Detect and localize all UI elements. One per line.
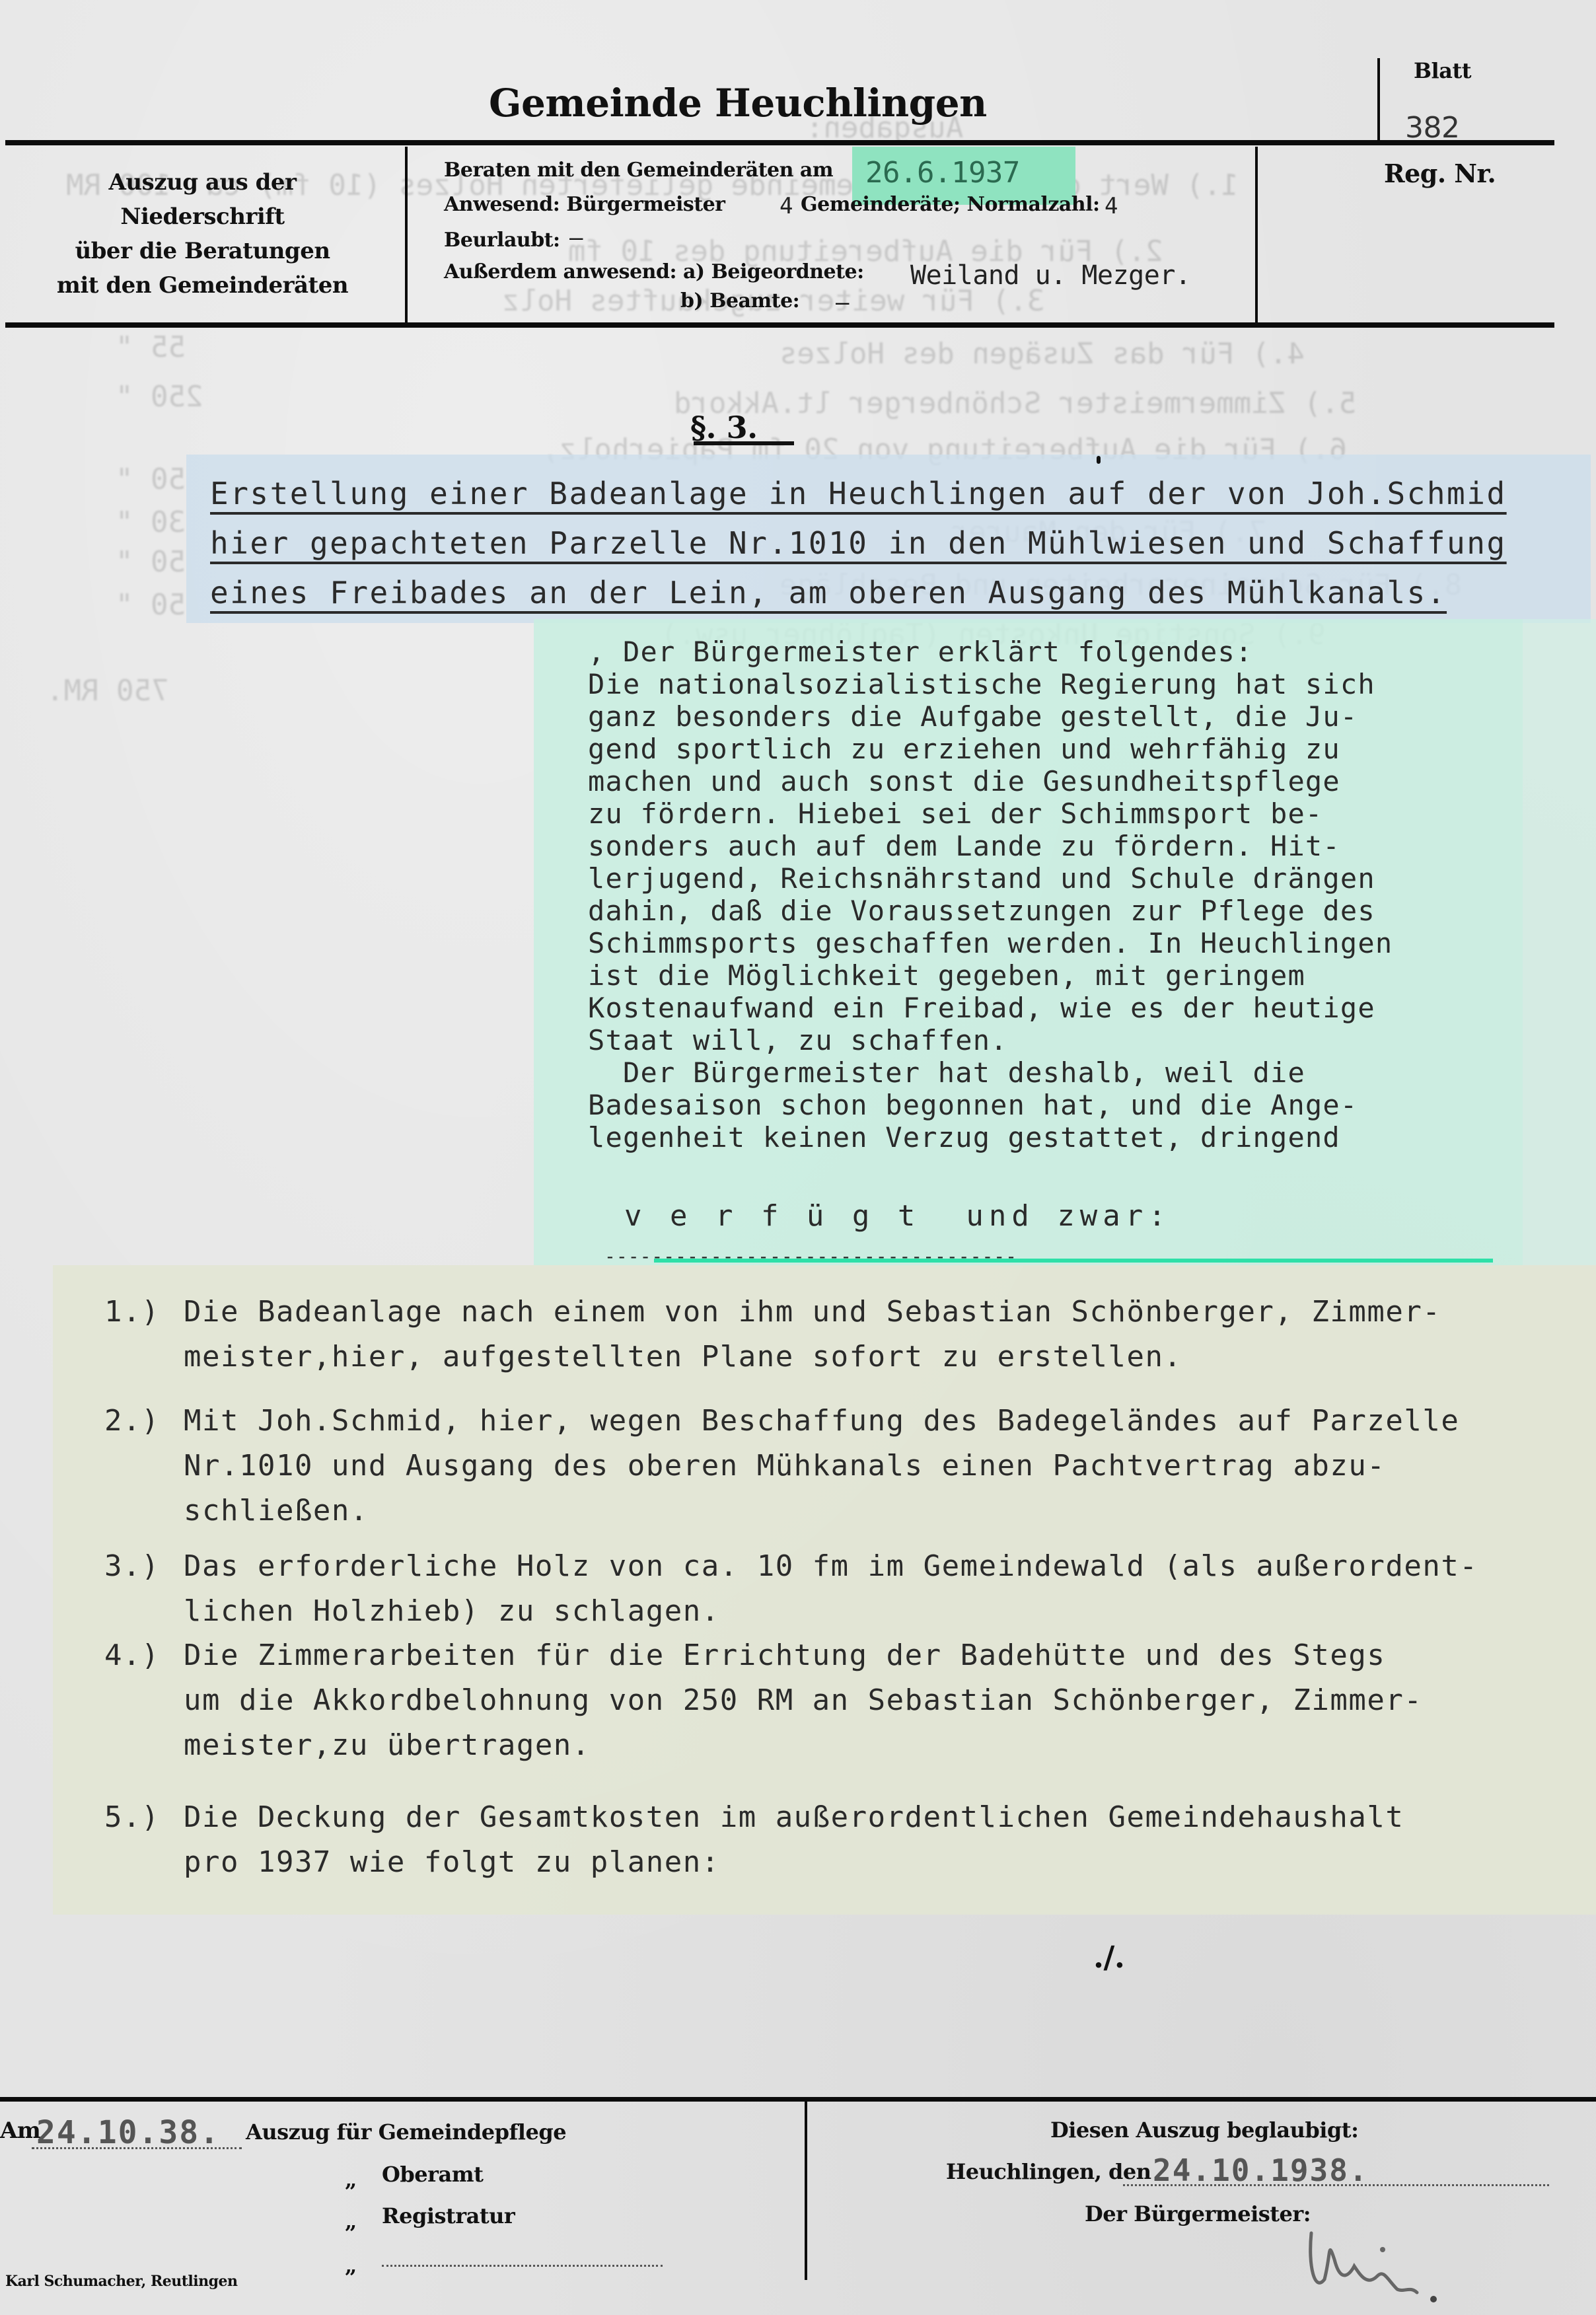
ditto-mark: „ <box>345 2209 357 2234</box>
statement-line: ganz besonders die Aufgabe gestellt, die… <box>588 700 1358 733</box>
meeting-date: 26.6.1937 <box>865 156 1020 190</box>
bleed-through-text: 50 " <box>116 588 186 622</box>
am-label: Am <box>0 2117 40 2144</box>
statement-line: , Der Bürgermeister erklärt folgendes: <box>588 636 1252 668</box>
statement-line: Der Bürgermeister hat deshalb, weil die <box>588 1056 1305 1089</box>
bleed-through-text: 4.) Für das Zusägen des Holzes <box>780 337 1305 371</box>
normalzahl-value: 4 <box>1105 193 1118 219</box>
resolution-number: 2.) <box>104 1404 160 1438</box>
statement-line: legenheit keinen Verzug gestattet, dring… <box>588 1121 1340 1154</box>
beigeordnete-value: Weiland u. Mezger. <box>910 260 1190 291</box>
extract-label-line: über die Beratungen <box>0 234 405 268</box>
resolution-number: 1.) <box>104 1295 160 1329</box>
beamte-label: b) Beamte: <box>680 289 799 312</box>
resolution-number: 4.) <box>104 1638 160 1672</box>
statement-line: lerjugend, Reichsnährstand und Schule dr… <box>588 862 1375 895</box>
section-heading-line: hier gepachteten Parzelle Nr.1010 in den… <box>210 525 1507 561</box>
bleed-through-text: 750 RM. <box>46 674 168 708</box>
header-column-divider <box>405 147 408 322</box>
statement-line: Die nationalsozialistische Regierung hat… <box>588 668 1375 700</box>
paragraph-number: §. 3. <box>690 410 758 445</box>
bleed-through-text: 30 " <box>116 505 186 539</box>
decree-label: v e r f ü g t und zwar: <box>624 1199 1171 1233</box>
bleed-through-text: 5.) Zimmermeister Schönberger lt.Akkord <box>674 386 1356 420</box>
recipient-oberamt: Oberamt <box>382 2162 483 2187</box>
resolution-line: meister,zu übertragen. <box>184 1728 591 1762</box>
gemeinderaete-label: Gemeinderäte; Normalzahl: <box>801 193 1100 216</box>
statement-line: zu fördern. Hiebei sei der Schimmsport b… <box>588 797 1323 830</box>
statement-line: Schimmsports geschaffen werden. In Heuch… <box>588 927 1393 959</box>
paragraph-underline <box>694 441 794 445</box>
resolution-line: Die Badeanlage nach einem von ihm und Se… <box>184 1295 1441 1329</box>
statement-line: dahin, daß die Voraussetzungen zur Pfleg… <box>588 895 1375 927</box>
section-heading-line: eines Freibades an der Lein, am oberen A… <box>210 575 1447 610</box>
certification-date: 24.10.1938. <box>1153 2152 1369 2188</box>
resolution-line: Die Zimmerarbeiten für die Errichtung de… <box>184 1638 1385 1672</box>
signature-icon <box>1305 2213 1503 2312</box>
footer-column-divider <box>805 2102 807 2280</box>
resolution-number: 5.) <box>104 1800 160 1834</box>
ink-mark <box>1097 456 1101 464</box>
ditto-mark: „ <box>345 2253 357 2278</box>
resolution-line: Mit Joh.Schmid, hier, wegen Beschaffung … <box>184 1404 1459 1438</box>
extract-label: Auszug aus der Niederschrift über die Be… <box>0 165 405 303</box>
bleed-through-text: 250 " <box>116 380 203 414</box>
resolution-line: Nr.1010 und Ausgang des oberen Mühkanals… <box>184 1449 1385 1483</box>
bleed-through-text: 50 " <box>116 462 186 496</box>
resolution-line: Das erforderliche Holz von ca. 10 fm im … <box>184 1549 1478 1583</box>
resolution-line: um die Akkordbelohnung von 250 RM an Seb… <box>184 1683 1422 1717</box>
section-heading-line: Erstellung einer Badeanlage in Heuchling… <box>210 476 1507 511</box>
bleed-through-text: 50 " <box>116 545 186 579</box>
header-column-divider <box>1255 147 1258 322</box>
resolution-number: 3.) <box>104 1549 160 1583</box>
blatt-divider <box>1377 58 1380 141</box>
header-bottom-rule <box>5 322 1554 328</box>
header-top-rule <box>5 140 1554 145</box>
ausserdem-label: Außerdem anwesend: a) Beigeordnete: <box>444 260 864 283</box>
statement-line: Staat will, zu schaffen. <box>588 1024 1008 1056</box>
statement-line: ist die Möglichkeit gegeben, mit geringe… <box>588 959 1305 992</box>
statement-line: Kostenaufwand ein Freibad, wie es der he… <box>588 992 1375 1024</box>
blatt-label: Blatt <box>1414 58 1471 83</box>
extract-label-line: Niederschrift <box>0 200 405 234</box>
resolution-line: pro 1937 wie folgt zu planen: <box>184 1845 720 1879</box>
signatory-label: Der Bürgermeister: <box>1085 2201 1311 2226</box>
printer-imprint: Karl Schumacher, Reutlingen <box>5 2273 238 2290</box>
footer-rule <box>0 2097 1596 2102</box>
beurlaubt-label: Beurlaubt: <box>444 229 560 252</box>
recipient-blank-line <box>382 2265 663 2267</box>
council-count: 4 <box>780 193 793 219</box>
beurlaubt-value: – <box>569 225 583 251</box>
statement-line: gend sportlich zu erziehen und wehrfähig… <box>588 733 1340 765</box>
certification-label: Diesen Auszug beglaubigt: <box>1050 2117 1358 2143</box>
resolution-line: schließen. <box>184 1494 369 1527</box>
bleed-through-text: 55 " <box>116 330 186 364</box>
continuation-mark: ./. <box>1093 1939 1124 1975</box>
beamte-value: – <box>836 289 849 316</box>
anwesend-label: Anwesend: Bürgermeister <box>444 193 725 216</box>
statement-line: sonders auch auf dem Lande zu fördern. H… <box>588 830 1340 862</box>
ditto-mark: „ <box>345 2167 357 2192</box>
document-title: Gemeinde Heuchlingen <box>489 81 987 126</box>
statement-highlight-edge <box>1523 619 1596 1265</box>
statement-line: Badesaison schon begonnen hat, und die A… <box>588 1089 1358 1121</box>
resolution-line: meister,hier, aufgestellten Plane sofort… <box>184 1340 1182 1374</box>
extract-label-line: mit den Gemeinderäten <box>0 268 405 303</box>
resolution-line: lichen Holzhieb) zu schlagen. <box>184 1594 720 1628</box>
reg-nr-label: Reg. Nr. <box>1384 159 1496 188</box>
place-label: Heuchlingen, den <box>946 2159 1151 2184</box>
extract-date: 24.10.38. <box>36 2114 220 2151</box>
extract-label-line: Auszug aus der <box>0 165 405 200</box>
resolution-line: Die Deckung der Gesamtkosten im außerord… <box>184 1800 1404 1834</box>
recipient-registratur: Registratur <box>382 2203 515 2228</box>
auszug-label: Auszug für Gemeindepflege <box>246 2119 566 2145</box>
beraten-label: Beraten mit den Gemeinderäten am <box>444 159 833 182</box>
decree-rule: ----------------------------------- <box>604 1245 1017 1267</box>
statement-line: machen und auch sonst die Gesundheitspfl… <box>588 765 1340 797</box>
